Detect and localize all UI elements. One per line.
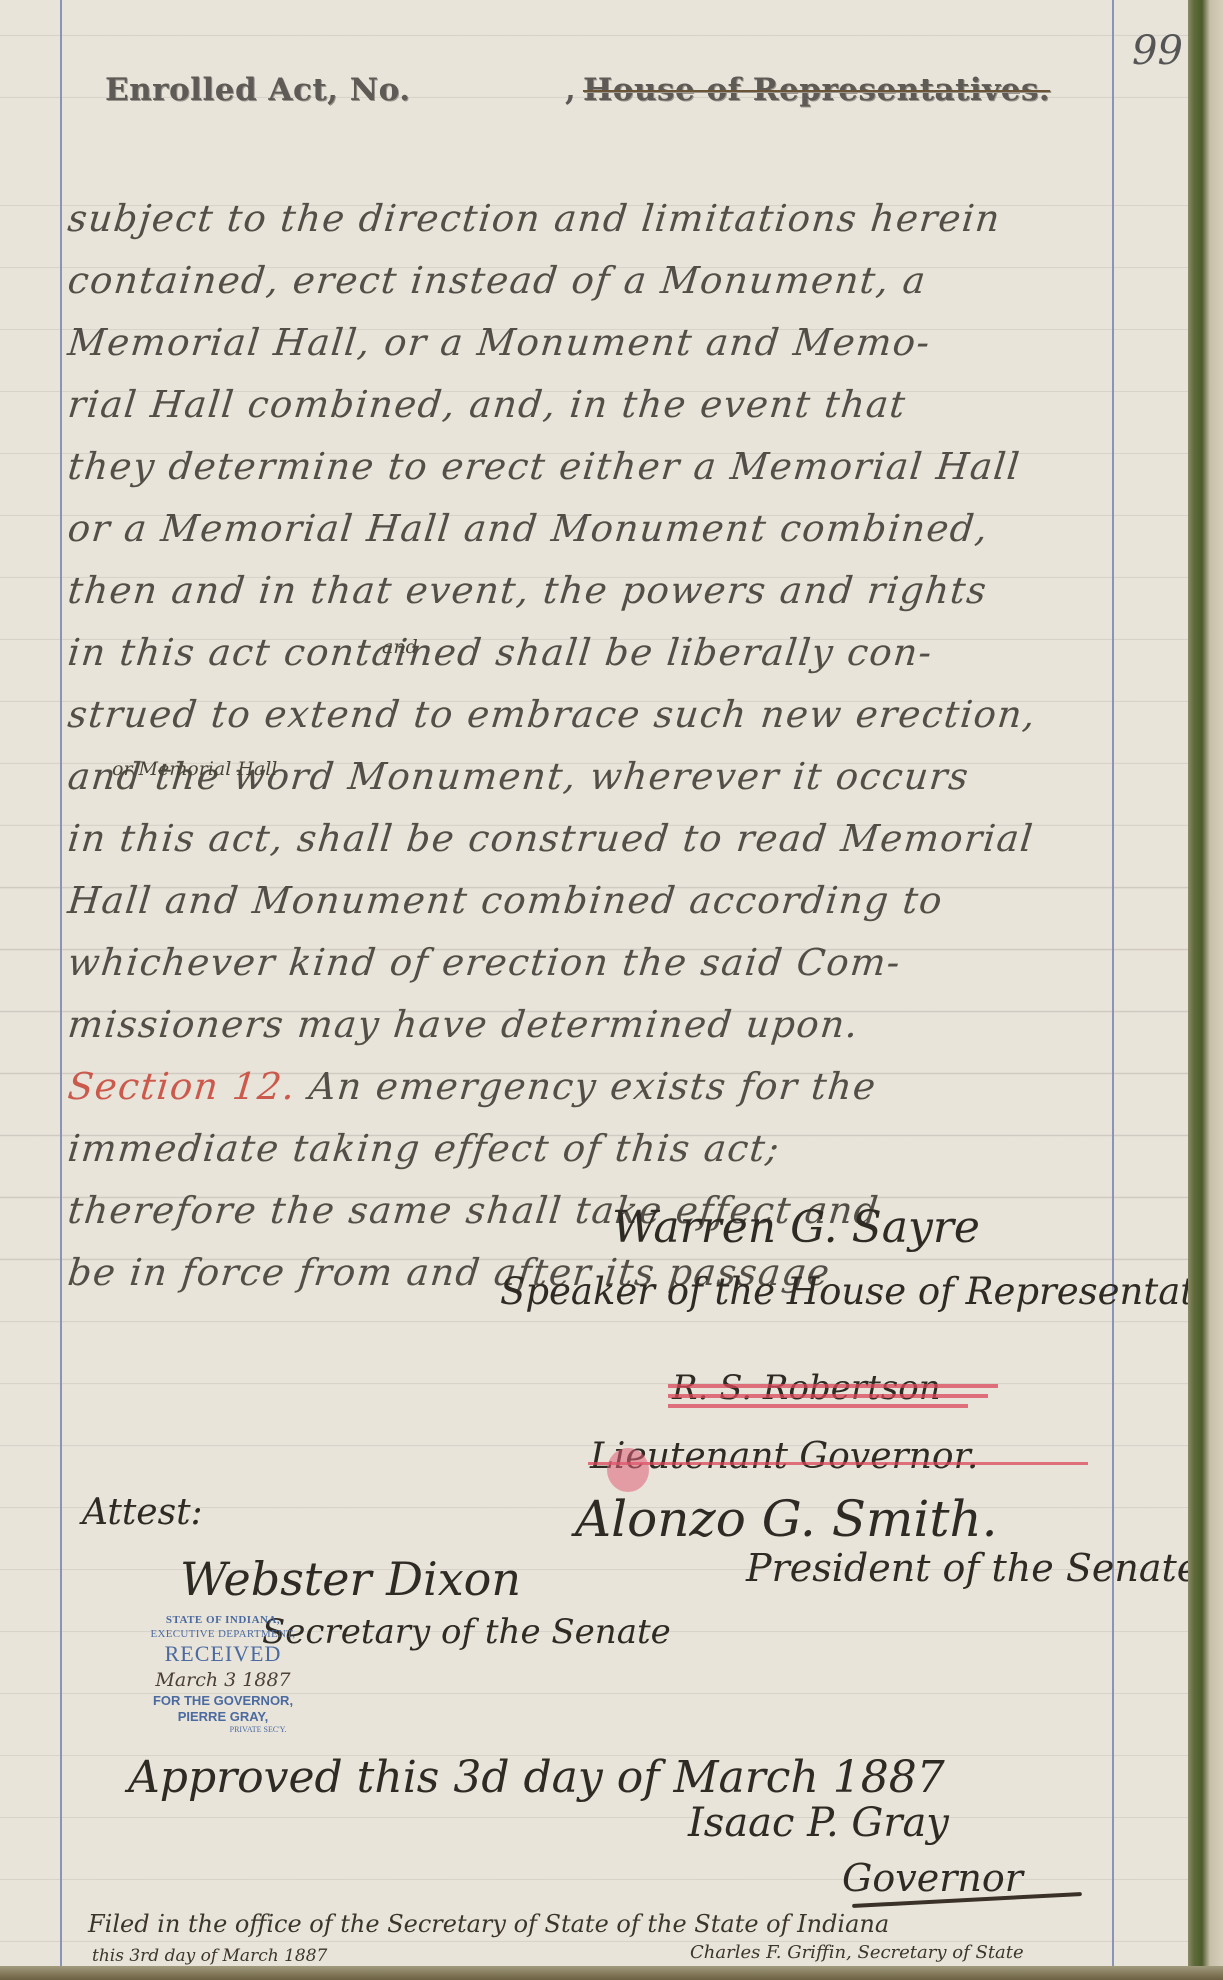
governor-title: Governor [842,1856,1023,1900]
insertion-or-memorial-hall: or Memorial Hall [112,758,277,780]
speaker-signature: Warren G. Sayre [612,1202,980,1253]
text-line: in this act contained shall be liberally… [65,622,1117,684]
received-stamp: STATE OF INDIANA, EXECUTIVE DEPARTMENT, … [128,1613,318,1735]
filing-date: this 3rd day of March 1887 [92,1946,327,1966]
page-bottom-edge [0,1966,1223,1980]
red-strikethrough [668,1384,998,1388]
filing-note: Filed in the office of the Secretary of … [88,1910,889,1938]
insertion-and: and [382,636,418,658]
text-line: or a Memorial Hall and Monument combined… [65,498,1117,560]
text-line: strued to extend to embrace such new ere… [65,684,1117,746]
text-line: Memorial Hall, or a Monument and Memo- [65,312,1117,374]
secretary-title: Secretary of the Senate [262,1612,671,1652]
house-of-representatives-struck: House of Representatives. [583,72,1050,108]
page-number: 99 [1132,28,1183,74]
text-line: immediate taking effect of this act; [65,1118,1117,1180]
text-line: they determine to erect either a Memoria… [65,436,1117,498]
book-binding-edge [1188,0,1223,1980]
header-comma: , [565,72,576,108]
left-margin-rule [60,0,62,1968]
red-strikethrough [588,1462,1088,1465]
struck-lieutenant-governor-name: R. S. Robertson [672,1368,941,1408]
stamp-state: STATE OF INDIANA, [128,1613,318,1627]
text-line: rial Hall combined, and, in the event th… [65,374,1117,436]
text-line: then and in that event, the powers and r… [65,560,1117,622]
stamp-private-secy: PRIVATE SEC'Y. [128,1725,318,1735]
text-line: subject to the direction and limitations… [65,188,1117,250]
speaker-title: Speaker of the House of Representatives [500,1270,1223,1313]
section-12-text: An emergency exists for the [307,1065,879,1108]
secretary-signature: Webster Dixon [180,1552,521,1606]
governor-signature: Isaac P. Gray [688,1800,949,1846]
text-line: whichever kind of erection the said Com- [65,932,1117,994]
stamp-department: EXECUTIVE DEPARTMENT, [128,1627,318,1641]
red-strikethrough [668,1394,988,1398]
section-12-line: Section 12. An emergency exists for the [65,1056,1117,1118]
president-signature: Alonzo G. Smith. [575,1490,998,1548]
red-ink-blot [607,1448,649,1492]
text-line: Hall and Monument combined according to [65,870,1117,932]
president-title: President of the Senate [746,1546,1199,1590]
stamp-date: March 3 1887 [128,1667,318,1693]
stamp-received: RECEIVED [128,1641,318,1667]
text-line: in this act, shall be construed to read … [65,808,1117,870]
red-strikethrough [668,1404,968,1408]
enrolled-act-label: Enrolled Act, No. [105,72,411,108]
stamp-for-governor: FOR THE GOVERNOR, [128,1693,318,1709]
text-line: contained, erect instead of a Monument, … [65,250,1117,312]
attest-label: Attest: [82,1492,203,1533]
ledger-page: 99 Enrolled Act, No. , House of Represen… [0,0,1188,1968]
stamp-secretary-name: PIERRE GRAY, [128,1709,318,1725]
section-12-heading: Section 12. [66,1065,298,1108]
approval-text: Approved this 3d day of March 1887 [128,1752,945,1803]
act-body-text: subject to the direction and limitations… [68,188,1113,1304]
printed-header: Enrolled Act, No. , House of Representat… [105,72,1085,112]
text-line: missioners may have determined upon. [65,994,1117,1056]
filing-signature: Charles F. Griffin, Secretary of State [690,1942,1024,1963]
